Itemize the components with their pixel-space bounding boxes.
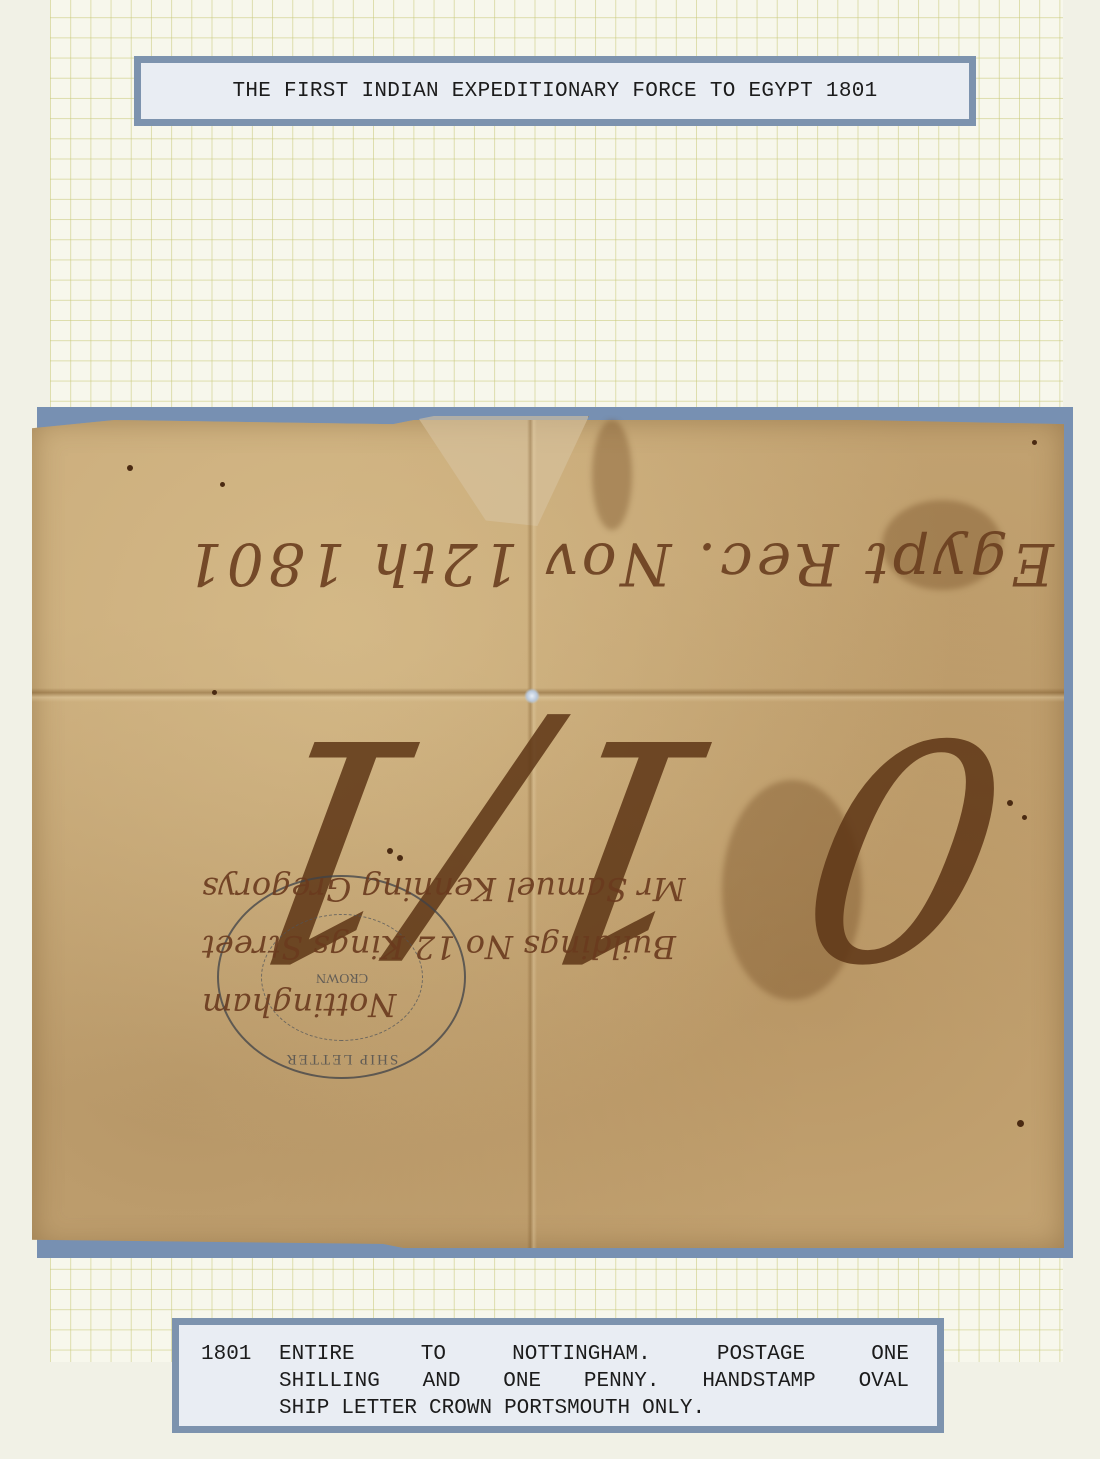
caption-word: CROWN [429,1395,492,1422]
caption-text: 1801 ENTIRE TO NOTTINGHAM. POSTAGE ONE S… [179,1325,937,1426]
caption-line-2: SHILLING AND ONE PENNY. HANDSTAMP OVAL [201,1368,937,1395]
foxing-spot [220,482,225,487]
caption-word: NOTTINGHAM. [512,1341,651,1368]
handstamp-ring-text: SHIP LETTER [219,1050,464,1067]
address-line: Nottingham [202,976,686,1034]
caption-line-1: 1801 ENTIRE TO NOTTINGHAM. POSTAGE ONE [201,1341,937,1368]
caption-word: HANDSTAMP [702,1368,815,1395]
docket-handwriting: Egypt Rec. Nov 12th 1801 [182,530,1054,598]
caption-word: LETTER [341,1395,417,1422]
caption-word: POSTAGE [717,1341,805,1368]
foxing-spot [397,855,403,861]
caption-word: SHILLING [279,1368,380,1395]
rate-marking-extra: 0 [779,671,1031,1020]
caption-word: PORTSMOUTH [504,1395,630,1422]
title-text: THE FIRST INDIAN EXPEDITIONARY FORCE TO … [141,63,969,119]
cover-flap [417,416,589,526]
foxing-spot [1017,1120,1024,1127]
address-block: Nottingham Buildings No 12 Kings Street … [202,860,686,1034]
ink-stain [592,420,632,530]
caption-year: 1801 [201,1341,279,1368]
foxing-spot [212,690,217,695]
caption-line-3: SHIP LETTER CROWN PORTSMOUTH ONLY. [201,1395,937,1422]
foxing-spot [387,848,393,854]
caption-word: SHIP [279,1395,329,1422]
postal-cover-entire: Egypt Rec. Nov 12th 1801 0 1/1 CROWN SHI… [32,420,1064,1248]
caption-word: PENNY. [584,1368,660,1395]
caption-word: AND [423,1368,461,1395]
address-line: Buildings No 12 Kings Street [202,918,686,976]
foxing-spot [1022,815,1027,820]
title-label: THE FIRST INDIAN EXPEDITIONARY FORCE TO … [134,56,976,126]
foxing-spot [127,465,133,471]
caption-word: ENTIRE [279,1341,355,1368]
caption-word: ONE [503,1368,541,1395]
caption-word: OVAL [859,1368,909,1395]
caption-word: ONLY. [642,1395,705,1422]
caption-label: 1801 ENTIRE TO NOTTINGHAM. POSTAGE ONE S… [172,1318,944,1433]
caption-word: TO [421,1341,446,1368]
foxing-spot [1032,440,1037,445]
address-line: Mr Samuel Kenning Gregorys [202,860,686,918]
foxing-spot [1007,800,1013,806]
caption-word: ONE [871,1341,909,1368]
